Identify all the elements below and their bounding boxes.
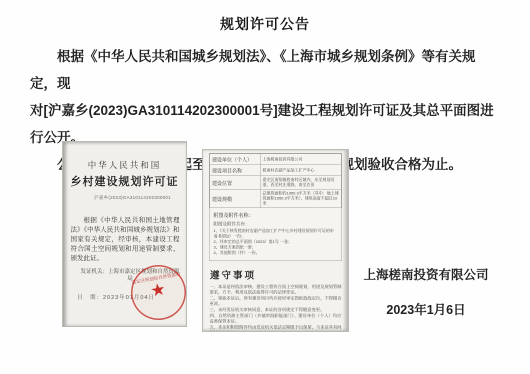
note-item: 一、本证是经依法审核，建设工程符合国土空间规划、用途及规划管制要求，方予、利用及… bbox=[210, 284, 342, 295]
note-item: 四、自然资源主管部门（乡镇审批职能部门）、建设单位（个人）均应妥善保管本证。 bbox=[210, 313, 342, 324]
table-row: 建设项目名称 槎南村农副产品加工扩产中心 bbox=[210, 165, 342, 176]
row-value-project: 槎南村农副产品加工扩产中心 bbox=[260, 165, 341, 176]
row-label-scale: 建设规模 bbox=[210, 189, 261, 208]
announcement-page: 规划许可公告 根据《中华人民共和国城乡规划法》、《上海市城乡规划条例》等有关规定… bbox=[0, 0, 530, 374]
certificate-scan: 中华人民共和国 乡村建设规划许可证 沪嘉乡(2023)GA31011420230… bbox=[62, 141, 187, 327]
row-label-unit: 建设单位（个人） bbox=[210, 154, 261, 165]
attachments-section: 附图及附件名称： 附图及附件共有： 1、《关于核发槎南村农副产品加工扩产中心乡村… bbox=[210, 208, 342, 261]
row-label-location: 建设位置 bbox=[210, 176, 261, 190]
certificate-content: 中华人民共和国 乡村建设规划许可证 沪嘉乡(2023)GA31011420230… bbox=[63, 142, 186, 326]
table-row: 建设位置 嘉定区南翔镇槎南村区域内，东至规划河道、西至村庄道路，南至农田 bbox=[210, 176, 342, 190]
company-name: 上海槎南投资有限公司 bbox=[358, 265, 494, 283]
attachment-item: 4、其他附图（件）一份。 bbox=[214, 250, 338, 256]
attachments-intro: 附图及附件共有： bbox=[214, 221, 338, 228]
attachment-item: 1、《关于核发槎南村农副产品加工扩产中心乡村建设规划许可证的申请-附图2》一份； bbox=[214, 228, 338, 239]
certificate-serial: 沪嘉乡(2023)GA310114202300001 bbox=[83, 194, 182, 201]
page-title: 规划许可公告 bbox=[30, 14, 500, 34]
row-value-scale: 总建筑面积约1950.3平方米（其中：地上建筑面积1950.3平方米），建筑高度… bbox=[260, 189, 341, 208]
table-row: 建设单位（个人） 上海槎南投资有限公司 bbox=[210, 154, 342, 165]
attachments-title: 附图及附件名称： bbox=[214, 211, 338, 219]
notes-list: 一、本证是经依法审核，建设工程符合国土空间规划、用途及规划管制要求，方予、利用及… bbox=[210, 284, 342, 332]
certificate-body: 根据《中华人民共和国土地管理法》《中华人民共和国城乡规划法》和国家有关规定，经审… bbox=[71, 215, 180, 263]
announcement-date: 2023年1月6日 bbox=[358, 300, 494, 318]
certificate-title: 乡村建设规划许可证 bbox=[63, 173, 186, 189]
permit-form-content: 建设单位（个人） 上海槎南投资有限公司 建设项目名称 槎南村农副产品加工扩产中心… bbox=[203, 150, 348, 331]
signature-block: 上海槎南投资有限公司 2023年1月6日 bbox=[358, 265, 494, 318]
row-label-project: 建设项目名称 bbox=[210, 165, 261, 176]
permit-form-scan: 建设单位（个人） 上海槎南投资有限公司 建设项目名称 槎南村农副产品加工扩产中心… bbox=[202, 149, 349, 332]
table-row: 建设规模 总建筑面积约1950.3平方米（其中：地上建筑面积1950.3平方米）… bbox=[210, 189, 342, 208]
row-value-location: 嘉定区南翔镇槎南村区域内，东至规划河道、西至村庄道路，南至农田 bbox=[260, 176, 341, 190]
note-item: 五、本证和附图附件均由发证机关依法定期限予以保留，与本证具有同等法律效力。 bbox=[210, 325, 342, 333]
certificate-country: 中华人民共和国 bbox=[63, 158, 186, 171]
note-item: 二、领取本证后，所有建设项目均应按经审定图纸放线定位，不得擅自更改。 bbox=[210, 296, 342, 307]
announcement-line-1: 根据《中华人民共和国城乡规划法》、《上海市城乡规划条例》等有关规定，现 bbox=[30, 43, 500, 97]
notes-title: 遵守事项 bbox=[210, 268, 256, 282]
row-value-unit: 上海槎南投资有限公司 bbox=[260, 154, 341, 165]
permit-form-table-box: 建设单位（个人） 上海槎南投资有限公司 建设项目名称 槎南村农副产品加工扩产中心… bbox=[209, 153, 342, 261]
permit-form-table: 建设单位（个人） 上海槎南投资有限公司 建设项目名称 槎南村农副产品加工扩产中心… bbox=[210, 154, 342, 209]
note-item: 三、未经发证机关审核同意，本证的各项规定不得随意变更。 bbox=[210, 307, 342, 313]
